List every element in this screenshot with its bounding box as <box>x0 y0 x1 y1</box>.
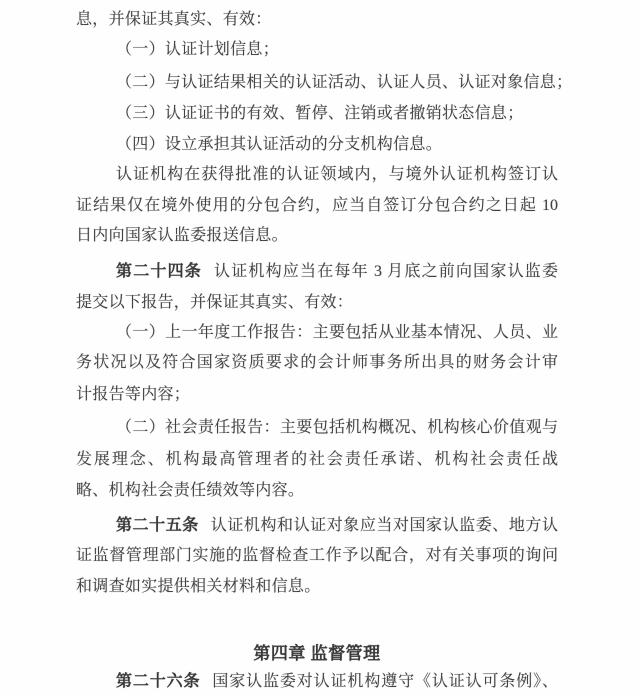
doc-line-list-item: （二）社会责任报告：主要包括机构概况、机构核心价值观与 <box>116 417 558 439</box>
article-number: 第二十六条 <box>116 673 200 690</box>
doc-line: 提交以下报告，并保证其真实、有效： <box>76 292 353 314</box>
doc-line-list-item: （四）设立承担其认证活动的分支机构信息。 <box>116 134 442 156</box>
doc-line: 证结果仅在境外使用的分包合约，应当自签订分包合约之日起 10 <box>76 195 558 217</box>
doc-line: 息，并保证其真实、有效： <box>76 9 272 31</box>
article-text: 认证机构应当在每年 3 月底之前向国家认监委 <box>214 263 558 280</box>
article-number: 第二十五条 <box>116 517 199 534</box>
doc-line: 发展理念、机构最高管理者的社会责任承诺、机构社会责任战 <box>76 449 558 471</box>
doc-line-article-25: 第二十五条认证机构和认证对象应当对国家认监委、地方认 <box>116 515 558 537</box>
doc-line: 日内向国家认监委报送信息。 <box>76 225 288 247</box>
article-text: 认证机构和认证对象应当对国家认监委、地方认 <box>211 517 558 534</box>
doc-line: 和调查如实提供相关材料和信息。 <box>76 576 321 598</box>
doc-line-list-item: （一）上一年度工作报告：主要包括从业基本情况、人员、业 <box>116 322 558 344</box>
doc-line-list-item: （三）认证证书的有效、暂停、注销或者撤销状态信息； <box>116 103 524 125</box>
doc-line: 略、机构社会责任绩效等内容。 <box>76 480 304 502</box>
doc-line-article-24: 第二十四条认证机构应当在每年 3 月底之前向国家认监委 <box>116 261 558 283</box>
doc-line: 计报告等内容； <box>76 384 190 406</box>
doc-line-list-item: （二）与认证结果相关的认证活动、认证人员、认证对象信息； <box>116 72 572 94</box>
doc-line: 务状况以及符合国家资质要求的会计师事务所出具的财务会计审 <box>76 352 558 374</box>
article-number: 第二十四条 <box>116 263 202 280</box>
chapter-heading: 第四章 监督管理 <box>76 639 558 664</box>
article-text: 国家认监委对认证机构遵守《认证认可条例》、 <box>212 673 558 690</box>
doc-line-article-26: 第二十六条国家认监委对认证机构遵守《认证认可条例》、 <box>116 671 558 693</box>
doc-line: 证监督管理部门实施的监督检查工作予以配合，对有关事项的询问 <box>76 545 558 567</box>
doc-line-list-item: （一）认证计划信息； <box>116 39 279 61</box>
document-page: 息，并保证其真实、有效： （一）认证计划信息； （二）与认证结果相关的认证活动、… <box>0 0 640 695</box>
doc-line: 认证机构在获得批准的认证领域内，与境外认证机构签订认 <box>116 164 558 186</box>
